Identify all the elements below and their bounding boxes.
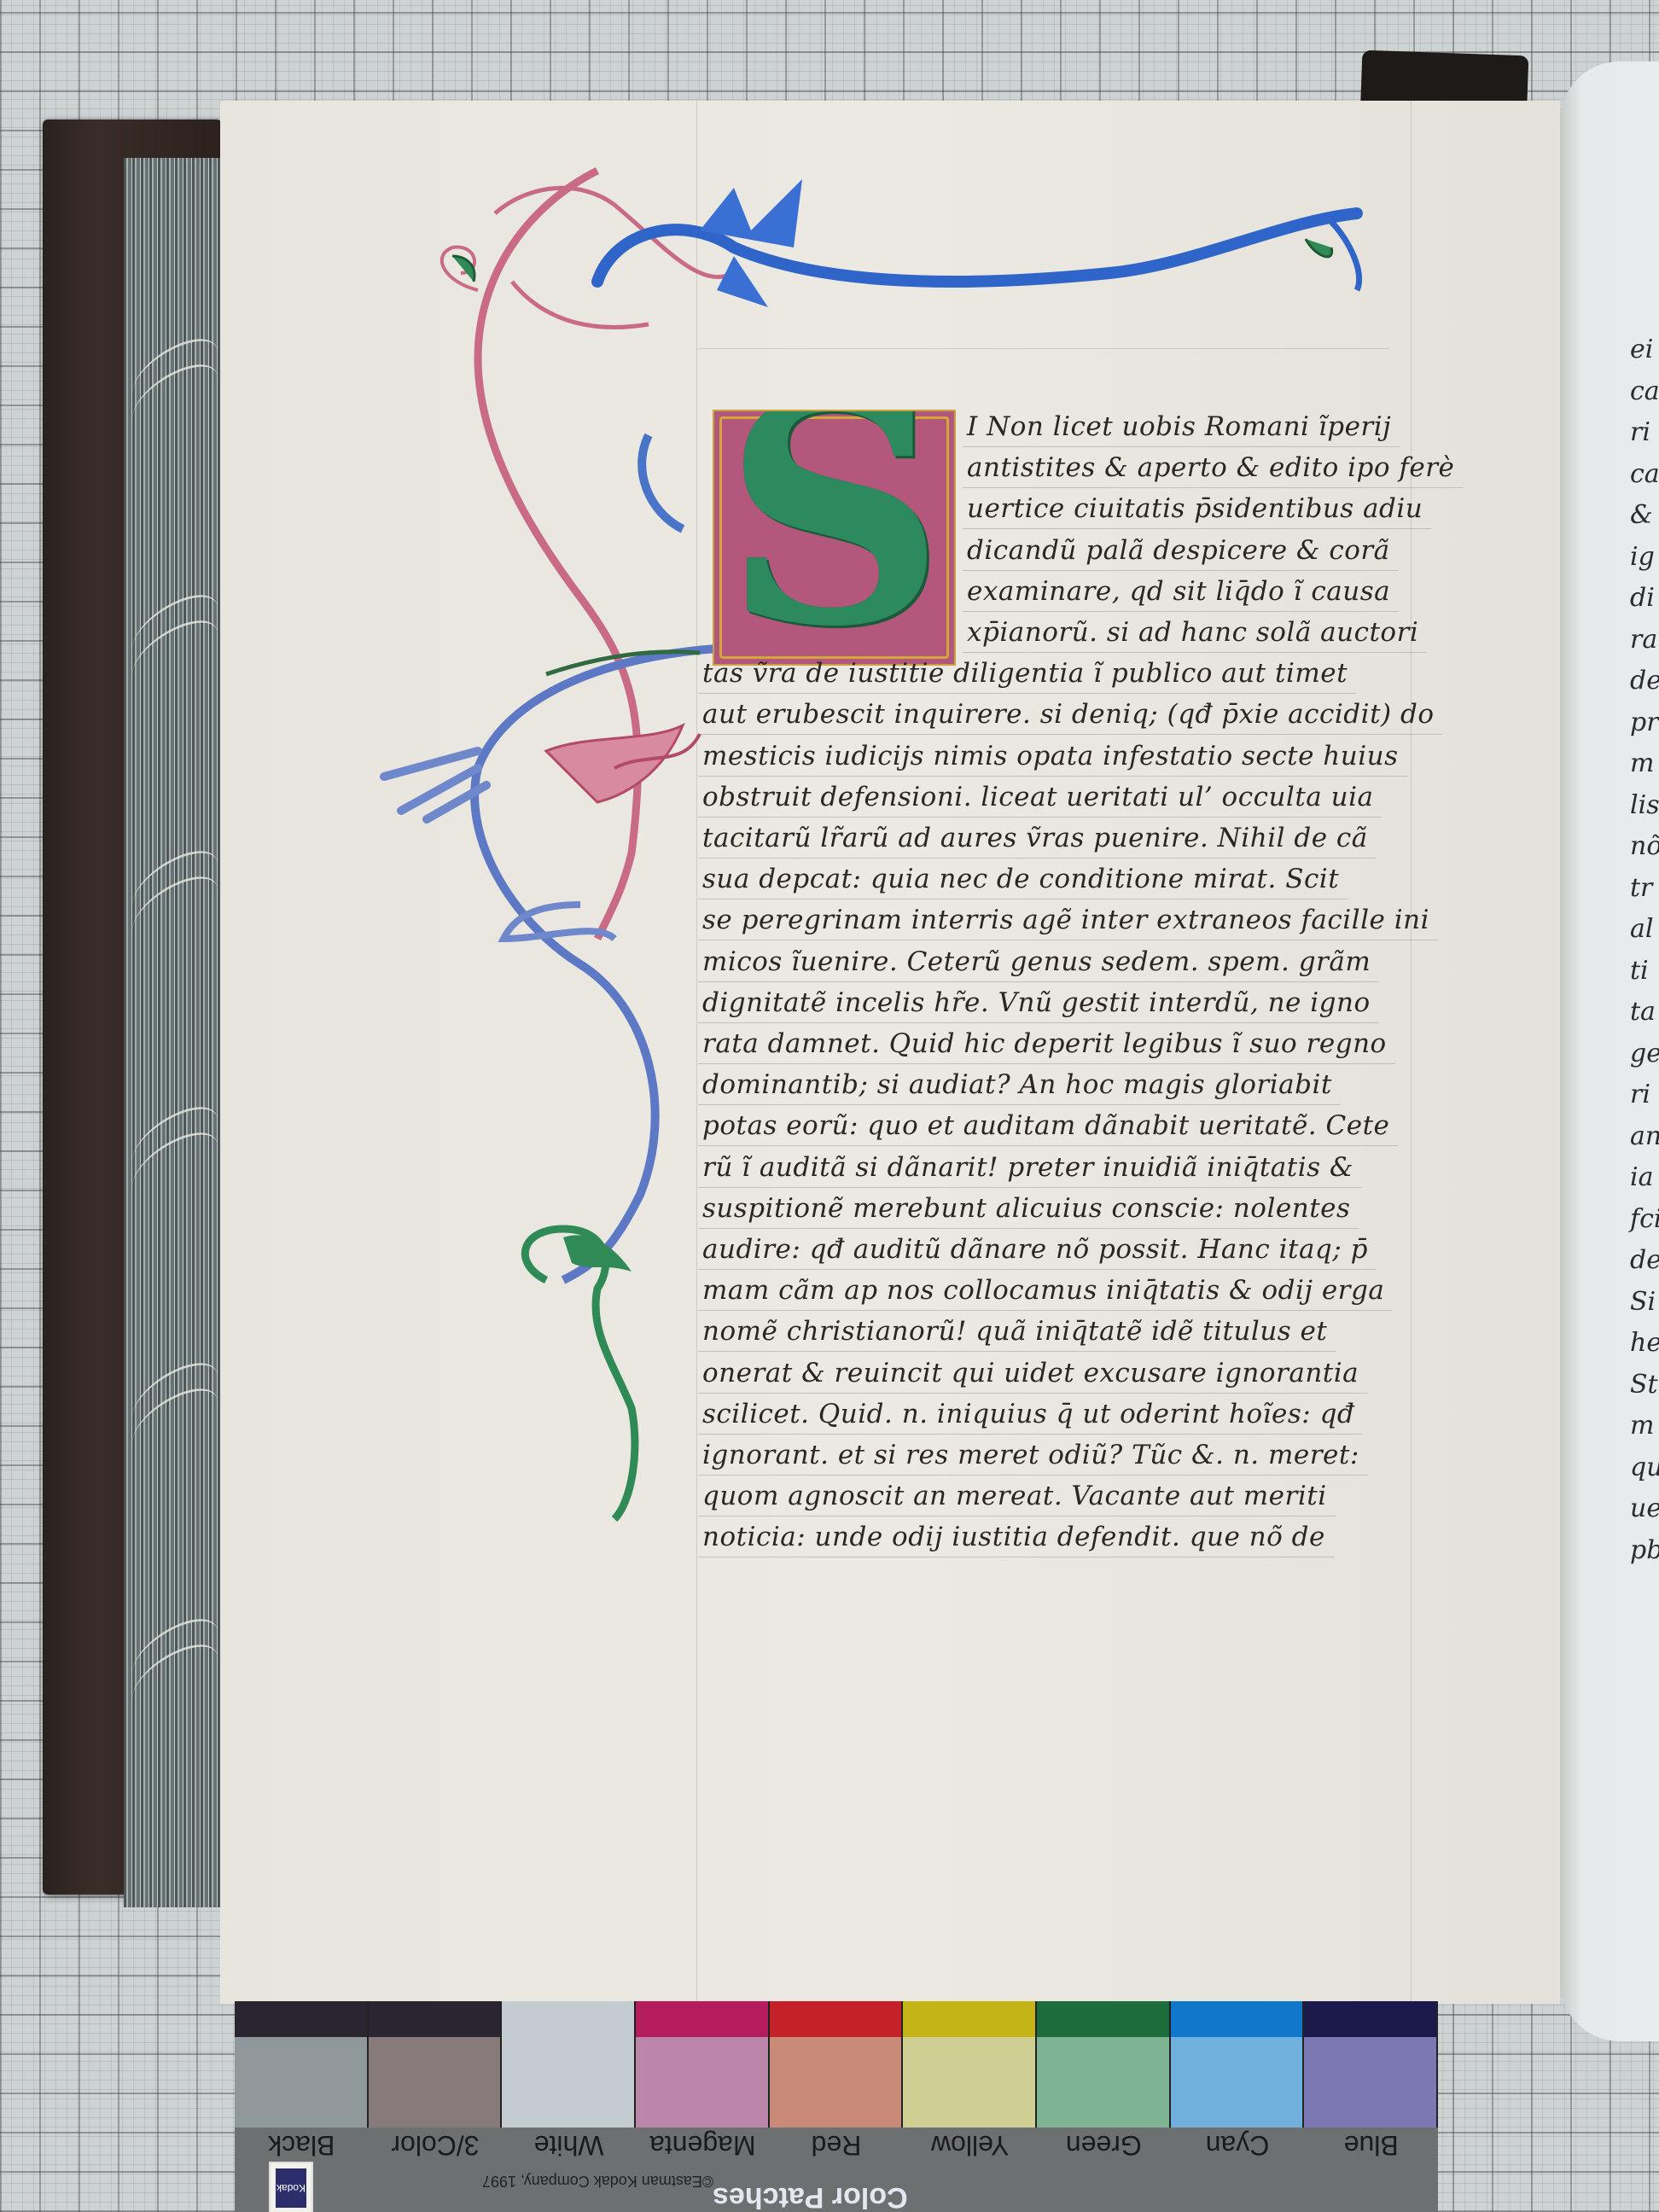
manuscript-line: antistites & aperto & edito ipo ferè — [967, 452, 1454, 483]
patch-label: Yellow — [903, 2129, 1037, 2168]
copyright-text: ©Eastman Kodak Company, 1997 — [482, 2172, 713, 2190]
manuscript-line: uertice ciuitatis p̄sidentibus adiu — [967, 493, 1423, 524]
color-patch — [502, 2001, 636, 2128]
swatch-labels: BlueCyanGreenYellowRedMagentaWhite3/Colo… — [235, 2129, 1438, 2168]
manuscript-line: audire: qđ auditũ dãnare nõ possit. Hanc… — [702, 1234, 1368, 1265]
patch-label: Red — [770, 2129, 904, 2168]
color-patch — [636, 2001, 770, 2128]
manuscript-line: dicandũ palã despicere & corã — [967, 535, 1390, 566]
color-patch — [369, 2001, 503, 2128]
manuscript-line: I Non licet uobis Romani ĩperij — [967, 411, 1391, 442]
manuscript-line: sua depcat: quia nec de conditione mirat… — [702, 864, 1339, 894]
manuscript-line: tas ṽra de iustitie diligentia ĩ publico… — [702, 658, 1348, 689]
illuminated-initial: S — [713, 410, 956, 666]
manuscript-line: micos ĩuenire. Ceterũ genus sedem. spem.… — [702, 946, 1371, 977]
manuscript-line: aut erubescit inquirere. si deniq; (qđ p… — [702, 699, 1434, 730]
manuscript-line: mesticis iudicijs nimis opata infestatio… — [702, 741, 1399, 771]
initial-letter: S — [714, 410, 954, 666]
manuscript-line: nomẽ christianorũ! quã iniq̄tatẽ idẽ tit… — [702, 1316, 1327, 1347]
manuscript-line: potas eorũ: quo et auditam dãnabit uerit… — [702, 1110, 1389, 1141]
manuscript-line: suspitionẽ merebunt alicuius conscie: no… — [702, 1193, 1350, 1224]
manuscript-line: xp̄ianorũ. si ad hanc solã auctori — [967, 617, 1418, 648]
manuscript-line: scilicet. Quid. n. iniquius q̄ ut oderin… — [702, 1399, 1354, 1429]
manuscript-line: obstruit defensioni. liceat ueritati ul’… — [702, 782, 1373, 812]
manuscript-line: dignitatẽ incelis hr̃e. Vnũ gestit inter… — [702, 987, 1371, 1018]
manuscript-line: rũ ĩ auditã si dãnarit! preter inuidiã i… — [702, 1152, 1353, 1183]
color-patch — [1171, 2001, 1305, 2128]
manuscript-line: ignorant. et si res meret odiũ? Tũc &. n… — [702, 1440, 1359, 1470]
manuscript-line: se peregrinam interris agẽ inter extrane… — [702, 905, 1429, 935]
color-swatches — [235, 2001, 1438, 2128]
patch-label: 3/Color — [369, 2129, 503, 2168]
manuscript-line: quom agnoscit an mereat. Vacante aut mer… — [702, 1481, 1327, 1511]
patch-label: White — [502, 2129, 636, 2168]
color-patch — [1037, 2001, 1171, 2128]
manuscript-line: noticia: unde odij iustitia defendit. qu… — [702, 1522, 1325, 1552]
manuscript-line: dominantib; si audiat? An hoc magis glor… — [702, 1069, 1332, 1100]
kodak-color-calibration-chart: BlueCyanGreenYellowRedMagentaWhite3/Colo… — [235, 2001, 1438, 2212]
floral-flourish-decoration — [0, 0, 1659, 2212]
chart-title: Color Patches — [713, 2180, 908, 2212]
color-patch — [1304, 2001, 1438, 2128]
manuscript-line: onerat & reuincit qui uidet excusare ign… — [702, 1358, 1359, 1388]
patch-label: Magenta — [636, 2129, 770, 2168]
color-patch — [235, 2001, 369, 2128]
color-patch — [903, 2001, 1037, 2128]
manuscript-line: rata damnet. Quid hic deperit legibus ĩ … — [702, 1028, 1387, 1059]
patch-label: Green — [1037, 2129, 1171, 2168]
patch-label: Blue — [1304, 2129, 1438, 2168]
manuscript-line: mam cãm ap nos collocamus iniq̄tatis & o… — [702, 1275, 1384, 1306]
manuscript-line: tacitarũ lr̃arũ ad aures ṽras puenire. N… — [702, 823, 1368, 853]
patch-label: Cyan — [1171, 2129, 1305, 2168]
color-patch — [770, 2001, 904, 2128]
manuscript-line: examinare, qd sit liq̄do ĩ causa — [967, 576, 1390, 607]
kodak-logo: Kodak — [269, 2162, 313, 2212]
